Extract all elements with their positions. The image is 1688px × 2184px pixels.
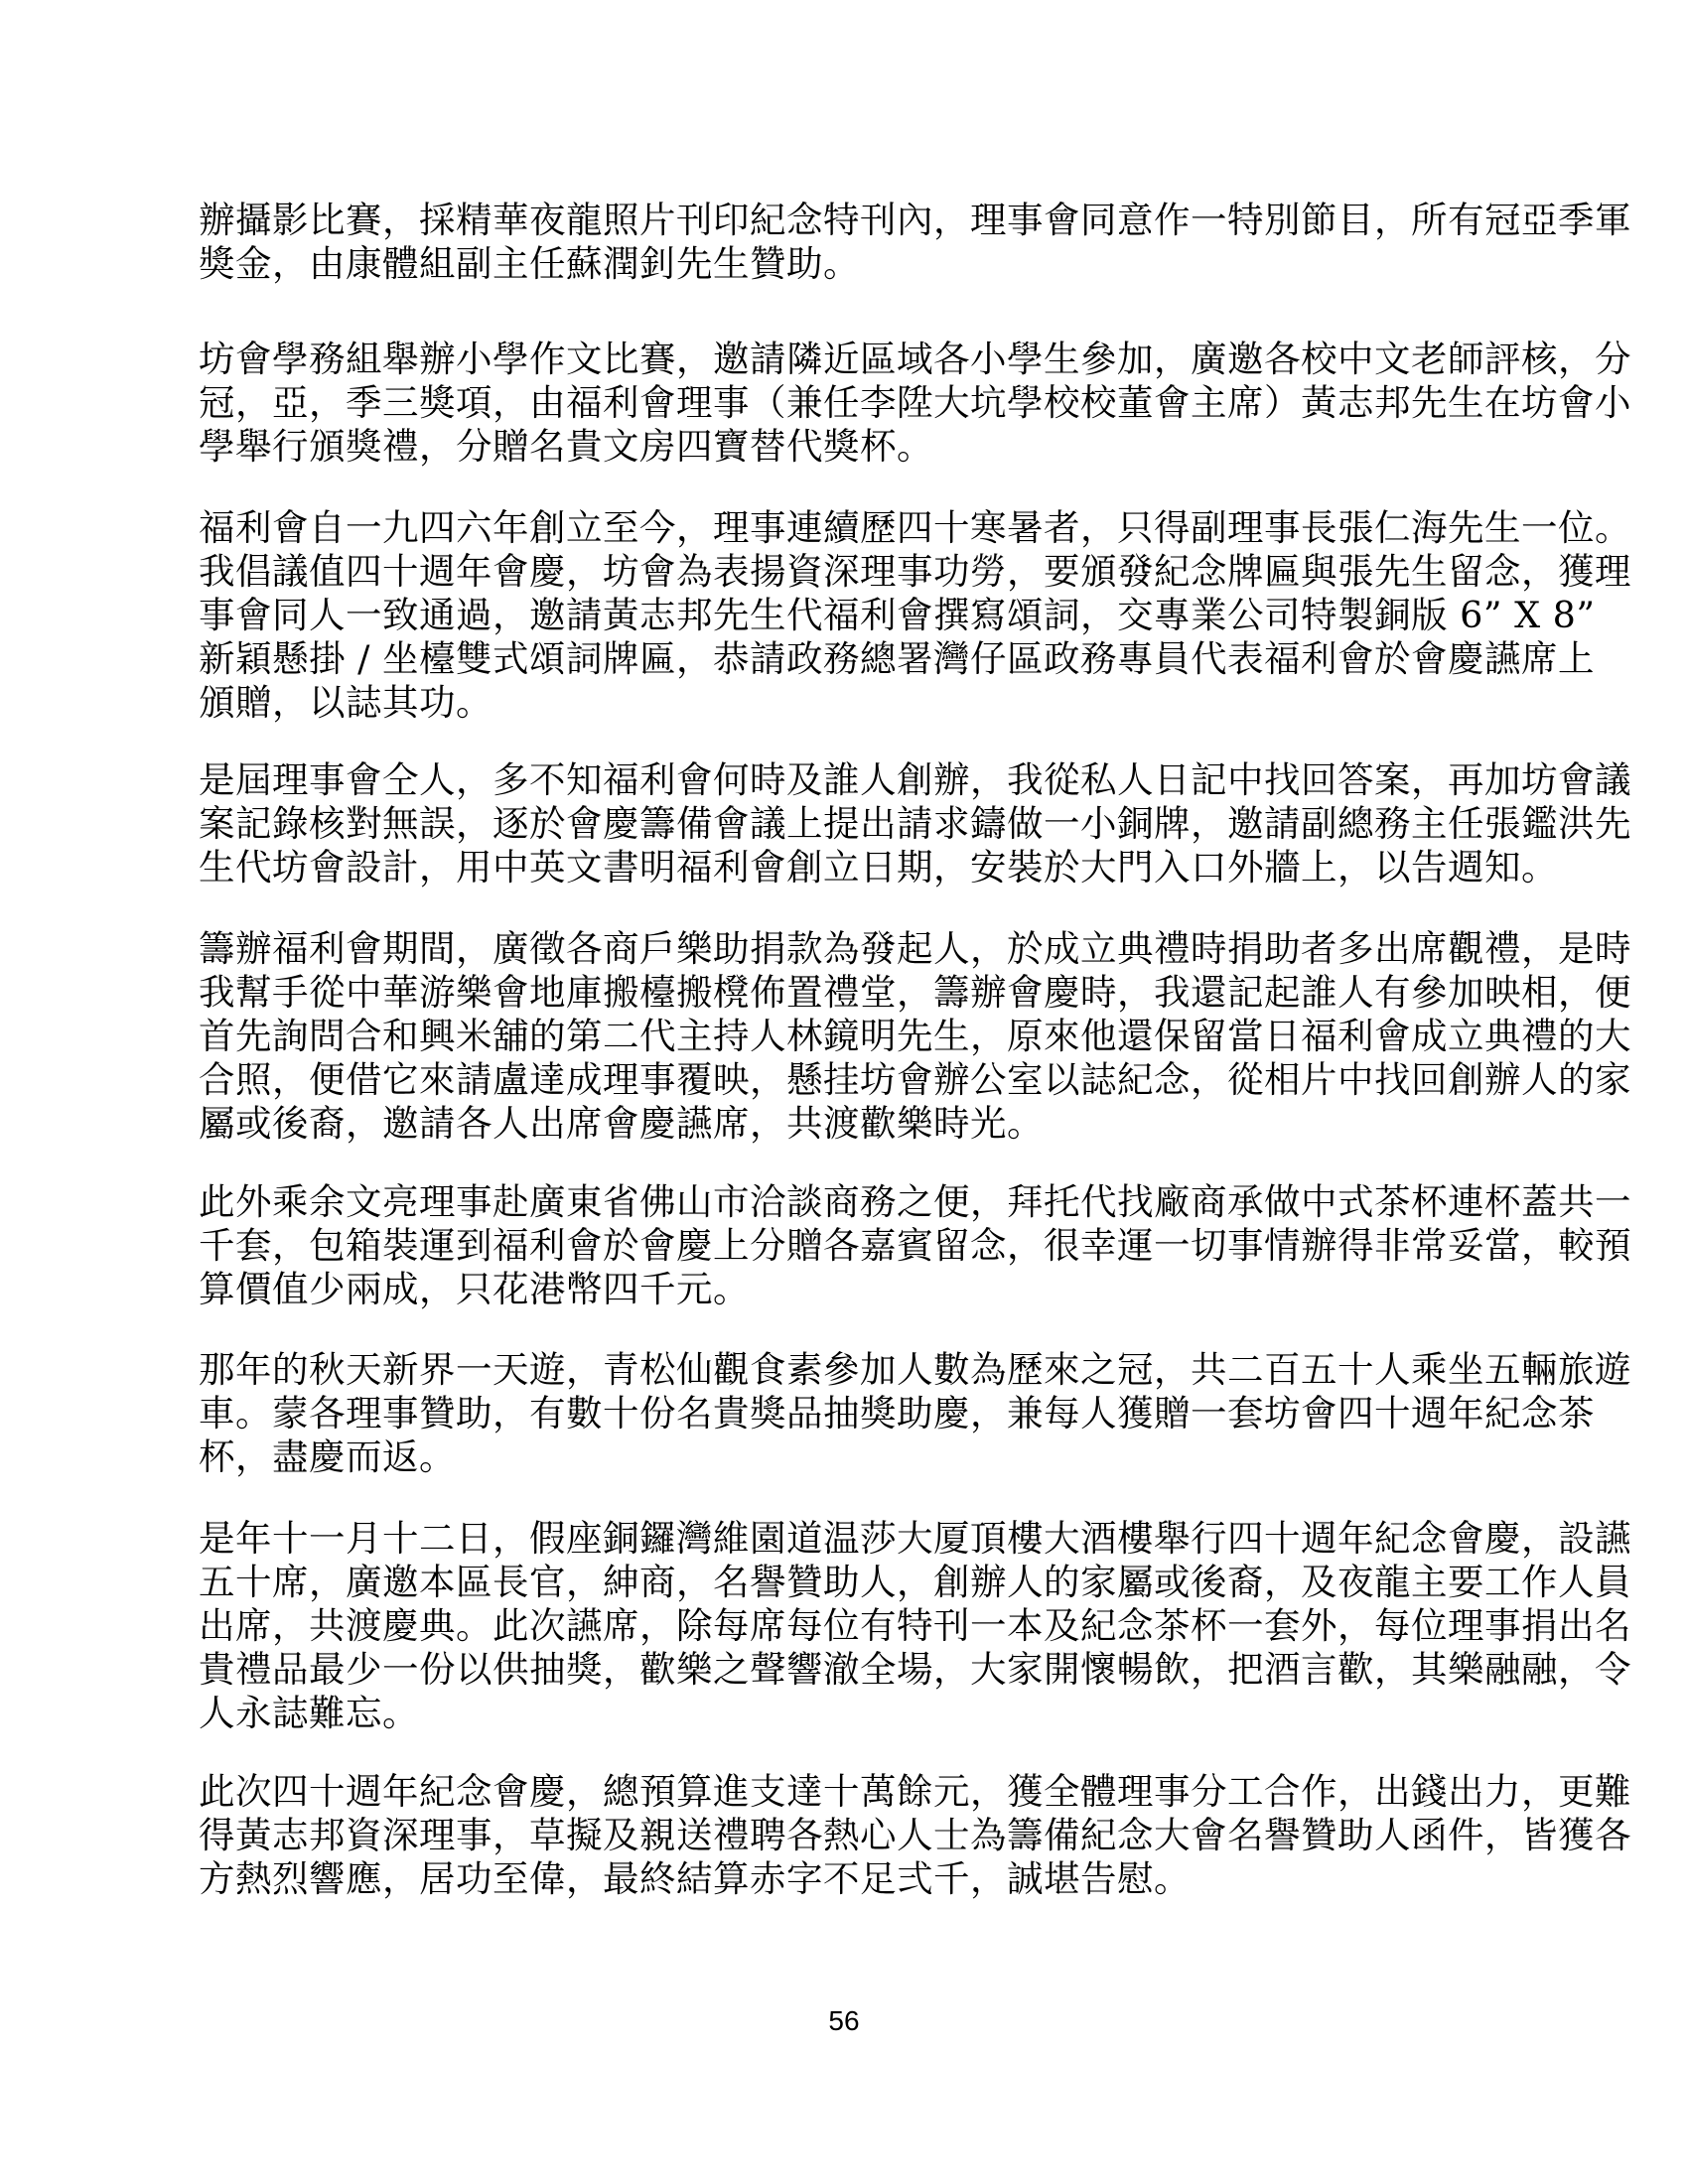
paragraph-budget-summary: 此次四十週年紀念會慶，總預算進支達十萬餘元，獲全體理事分工合作，出錢出力，更難 … [199,1770,1509,1901]
paragraph-day-trip: 那年的秋天新界一天遊，青松仙觀食素參加人數為歷來之冠，共二百五十人乘坐五輛旅遊 … [199,1348,1509,1479]
paragraph-essay-competition: 坊會學務組舉辦小學作文比賽，邀請隣近區域各小學生參加，廣邀各校中文老師評核，分 … [199,338,1509,469]
paragraph-plaque-tribute: 福利會自一九四六年創立至今，理事連續歷四十寒暑者，只得副理事長張仁海先生一位。 … [199,506,1509,725]
text-line: 案記錄核對無誤，逐於會慶籌備會議上提出請求鑄做一小銅牌，邀請副總務主任張鑑洪先 [199,802,1509,846]
paragraph-founding-plaque: 是屆理事會仝人，多不知福利會何時及誰人創辦，我從私人日記中找回答案，再加坊會議 … [199,758,1509,889]
text-line: 首先詢問合和興米舖的第二代主持人林鏡明先生，原來他還保留當日福利會成立典禮的大 [199,1015,1509,1058]
text-line: 我幫手從中華游樂會地庫搬檯搬櫈佈置禮堂，籌辦會慶時，我還記起誰人有參加映相，便 [199,971,1509,1015]
text-line: 人永誌難忘。 [199,1692,1509,1735]
text-line: 貴禮品最少一份以供抽獎，歡樂之聲響澈全場，大家開懷暢飲，把酒言歡，其樂融融，令 [199,1648,1509,1692]
text-line: 福利會自一九四六年創立至今，理事連續歷四十寒暑者，只得副理事長張仁海先生一位。 [199,506,1509,550]
text-line: 五十席，廣邀本區長官，紳商，名譽贊助人，創辦人的家屬或後裔，及夜龍主要工作人員 [199,1561,1509,1604]
text-line: 得黃志邦資深理事，草擬及親送禮聘各熱心人士為籌備紀念大會名譽贊助人函件，皆獲各 [199,1814,1509,1857]
paragraph-anniversary-banquet: 是年十一月十二日，假座銅鑼灣維園道温莎大厦頂樓大酒樓舉行四十週年紀念會慶，設讌 … [199,1517,1509,1735]
page-number: 56 [0,2003,1688,2039]
text-line: 千套，包箱裝運到福利會於會慶上分贈各嘉賓留念，很幸運一切事情辦得非常妥當，較預 [199,1224,1509,1268]
text-line: 坊會學務組舉辦小學作文比賽，邀請隣近區域各小學生參加，廣邀各校中文老師評核，分 [199,338,1509,381]
text-line: 我倡議值四十週年會慶，坊會為表揚資深理事功勞，要頒發紀念牌匾與張先生留念，獲理 [199,550,1509,594]
text-line: 新穎懸掛 / 坐檯雙式頌詞牌匾，恭請政務總署灣仔區政務專員代表福利會於會慶讌席上 [199,637,1509,681]
text-line: 杯，盡慶而返。 [199,1435,1509,1479]
text-line: 屬或後裔，邀請各人出席會慶讌席，共渡歡樂時光。 [199,1102,1509,1146]
text-line: 是年十一月十二日，假座銅鑼灣維園道温莎大厦頂樓大酒樓舉行四十週年紀念會慶，設讌 [199,1517,1509,1561]
text-line: 籌辦福利會期間，廣徵各商戶樂助捐款為發起人，於成立典禮時捐助者多出席觀禮，是時 [199,927,1509,971]
text-line: 生代坊會設計，用中英文書明福利會創立日期，安裝於大門入口外牆上，以告週知。 [199,846,1509,889]
paragraph-tea-cups: 此外乘余文亮理事赴廣東省佛山市洽談商務之便，拜托代找廠商承做中式茶杯連杯蓋共一 … [199,1180,1509,1311]
text-line: 合照，便借它來請盧達成理事覆映，懸挂坊會辦公室以誌紀念，從相片中找回創辦人的家 [199,1058,1509,1102]
text-line: 出席，共渡慶典。此次讌席，除每席每位有特刊一本及紀念茶杯一套外，每位理事捐出名 [199,1604,1509,1648]
paragraph-founding-photo: 籌辦福利會期間，廣徵各商戶樂助捐款為發起人，於成立典禮時捐助者多出席觀禮，是時 … [199,927,1509,1146]
text-line: 此次四十週年紀念會慶，總預算進支達十萬餘元，獲全體理事分工合作，出錢出力，更難 [199,1770,1509,1814]
text-line: 辦攝影比賽，採精華夜龍照片刊印紀念特刊內，理事會同意作一特別節目，所有冠亞季軍 [199,199,1509,242]
paragraph-photo-competition: 辦攝影比賽，採精華夜龍照片刊印紀念特刊內，理事會同意作一特別節目，所有冠亞季軍 … [199,199,1509,286]
text-line: 算價值少兩成，只花港幣四千元。 [199,1268,1509,1311]
text-line: 此外乘余文亮理事赴廣東省佛山市洽談商務之便，拜托代找廠商承做中式茶杯連杯蓋共一 [199,1180,1509,1224]
text-line: 事會同人一致通過，邀請黃志邦先生代福利會撰寫頌詞，交專業公司特製銅版 6” X … [199,594,1509,637]
text-line: 方熱烈響應，居功至偉，最終結算赤字不足弍千，誠堪告慰。 [199,1857,1509,1901]
text-line: 冠，亞，季三獎項，由福利會理事（兼任李陞大坑學校校董會主席）黃志邦先生在坊會小 [199,381,1509,425]
text-line: 學舉行頒獎禮，分贈名貴文房四寶替代獎杯。 [199,425,1509,469]
document-page: 辦攝影比賽，採精華夜龍照片刊印紀念特刊內，理事會同意作一特別節目，所有冠亞季軍 … [0,0,1688,2184]
text-line: 車。蒙各理事贊助，有數十份名貴獎品抽獎助慶，兼每人獲贈一套坊會四十週年紀念茶 [199,1392,1509,1435]
text-line: 頒贈，以誌其功。 [199,681,1509,725]
text-line: 是屆理事會仝人，多不知福利會何時及誰人創辦，我從私人日記中找回答案，再加坊會議 [199,758,1509,802]
text-line: 那年的秋天新界一天遊，青松仙觀食素參加人數為歷來之冠，共二百五十人乘坐五輛旅遊 [199,1348,1509,1392]
text-line: 獎金，由康體組副主任蘇潤釗先生贊助。 [199,242,1509,286]
